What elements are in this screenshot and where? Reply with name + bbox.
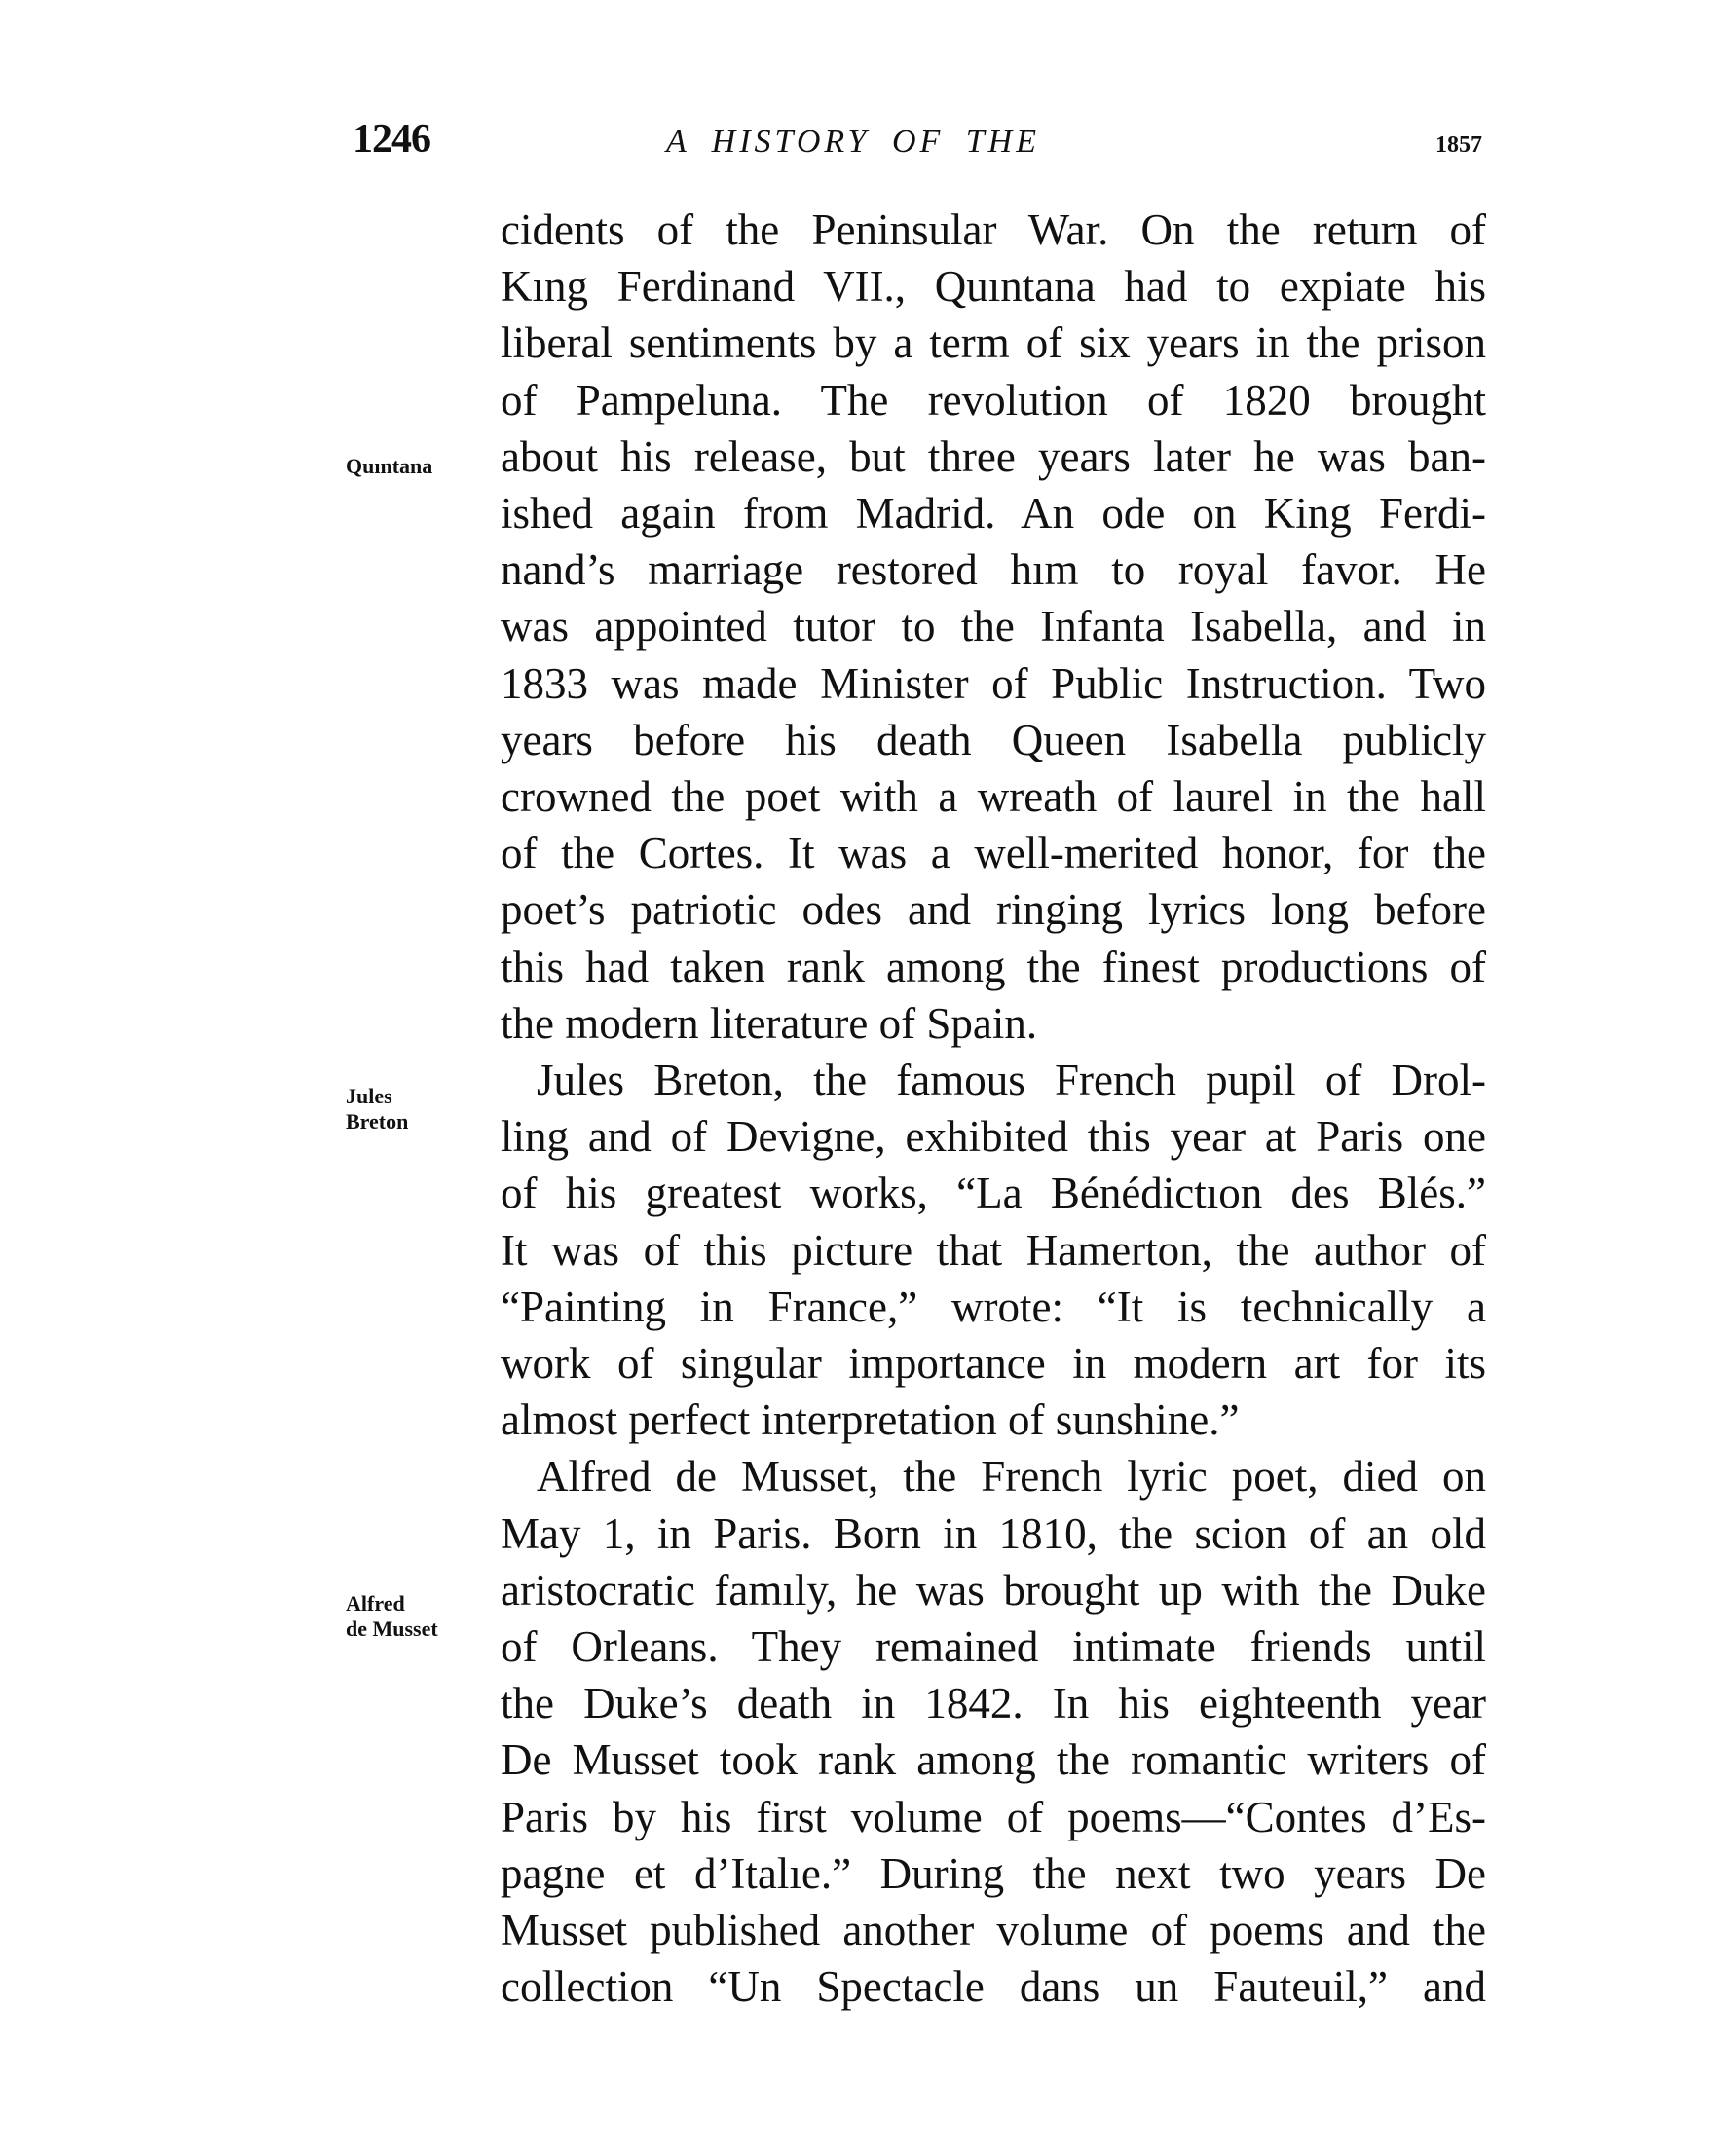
margin-note-line: Breton <box>346 1109 408 1134</box>
year-marker: 1857 <box>1435 130 1482 160</box>
text-line: years before his death Queen Isabella pu… <box>501 712 1486 768</box>
text-line: Jules Breton, the famous French pupil of… <box>537 1052 1486 1108</box>
text-line: about his release, but three years later… <box>501 428 1486 485</box>
book-page: 1246 A HISTORY OF THE 1857 Quıntana Jule… <box>0 0 1713 2156</box>
text-line: of his greatest works, “La Bénédictıon d… <box>501 1165 1486 1221</box>
text-line: It was of this picture that Hamerton, th… <box>501 1222 1486 1279</box>
text-line: collection “Un Spectacle dans un Fauteui… <box>501 1958 1486 2015</box>
text-line: was appointed tutor to the Infanta Isabe… <box>501 598 1486 654</box>
text-line: liberal sentiments by a term of six year… <box>501 315 1486 371</box>
text-line: nand’s marriage restored hım to royal fa… <box>501 541 1486 598</box>
text-line: “Painting in France,” wrote: “It is tech… <box>501 1279 1486 1335</box>
text-line: Kıng Ferdinand VII., Quıntana had to exp… <box>501 258 1486 315</box>
text-line: aristocratic famıly, he was brought up w… <box>501 1562 1486 1618</box>
text-line: May 1, in Paris. Born in 1810, the scion… <box>501 1505 1486 1562</box>
text-line: De Musset took rank among the romantic w… <box>501 1731 1486 1788</box>
text-line: Musset published another volume of poems… <box>501 1902 1486 1958</box>
margin-note-jules-breton: Jules Breton <box>346 1084 408 1134</box>
text-line: ling and of Devigne, exhibited this year… <box>501 1108 1486 1165</box>
margin-note-line: de Musset <box>346 1617 438 1642</box>
text-line: of Pampeluna. The revolution of 1820 bro… <box>501 372 1486 428</box>
text-line: of the Cortes. It was a well-merited hon… <box>501 825 1486 881</box>
text-line: cidents of the Peninsular War. On the re… <box>501 202 1486 258</box>
margin-note-line: Quıntana <box>346 454 432 479</box>
margin-note-quintana: Quıntana <box>346 454 432 479</box>
margin-note-alfred-de-musset: Alfred de Musset <box>346 1591 438 1642</box>
margin-note-line: Alfred <box>346 1591 438 1617</box>
text-line: crowned the poet with a wreath of laurel… <box>501 768 1486 825</box>
margin-note-line: Jules <box>346 1084 408 1109</box>
text-line: the modern literature of Spain. <box>501 995 1486 1052</box>
text-line: ished again from Madrid. An ode on King … <box>501 485 1486 541</box>
text-line: poet’s patriotic odes and ringing lyrics… <box>501 881 1486 938</box>
text-line: Paris by his first volume of poems—“Cont… <box>501 1789 1486 1845</box>
text-line: almost perfect interpretation of sunshin… <box>501 1392 1486 1448</box>
text-line: 1833 was made Minister of Public Instruc… <box>501 655 1486 712</box>
text-line: pagne et d’Italıe.” During the next two … <box>501 1845 1486 1902</box>
running-title: A HISTORY OF THE <box>666 121 1040 164</box>
text-line: work of singular importance in modern ar… <box>501 1335 1486 1392</box>
text-line: the Duke’s death in 1842. In his eightee… <box>501 1675 1486 1731</box>
page-number: 1246 <box>353 115 430 164</box>
text-line: this had taken rank among the finest pro… <box>501 939 1486 995</box>
text-line: Alfred de Musset, the French lyric poet,… <box>537 1448 1486 1505</box>
text-line: of Orleans. They remained intimate frien… <box>501 1618 1486 1675</box>
